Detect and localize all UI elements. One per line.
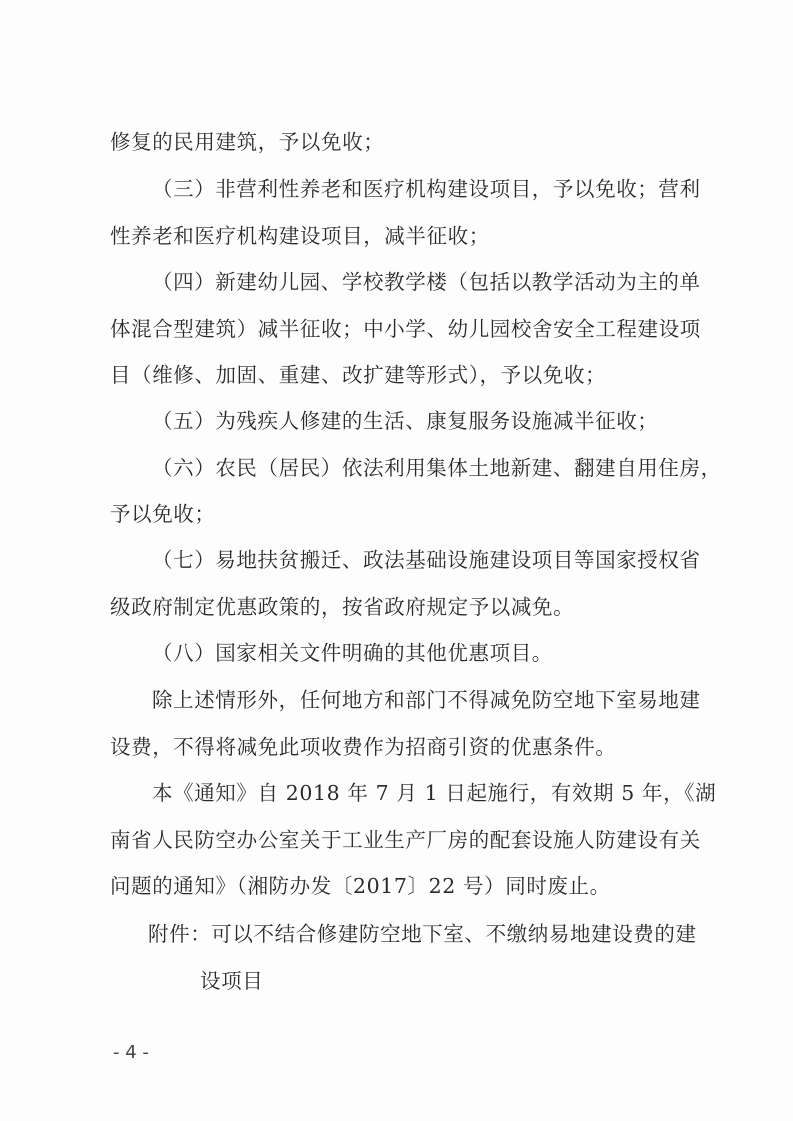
text-line: 予以免收；: [110, 502, 216, 526]
text-line: 级政府制定优惠政策的，按省政府规定予以减免。: [110, 595, 574, 619]
text-line: 性养老和医疗机构建设项目，减半征收；: [110, 224, 490, 248]
text-line: （五）为残疾人修建的生活、康复服务设施减半征收；: [152, 409, 658, 433]
text-line: 南省人民防空办公室关于工业生产厂房的配套设施人防建设有关: [110, 828, 701, 852]
text-line: 除上述情形外，任何地方和部门不得减免防空地下室易地建: [152, 688, 701, 712]
text-line: （六）农民（居民）依法利用集体土地新建、翻建自用住房，: [152, 456, 722, 480]
text-line: （八）国家相关文件明确的其他优惠项目。: [152, 641, 553, 665]
text-line: 设费，不得将减免此项收费作为招商引资的优惠条件。: [110, 735, 616, 759]
text-line: （四）新建幼儿园、学校教学楼（包括以教学活动为主的单: [152, 270, 701, 294]
text-line: （七）易地扶贫搬迁、政法基础设施建设项目等国家授权省: [152, 548, 701, 572]
text-line: 目（维修、加固、重建、改扩建等形式），予以免收；: [110, 363, 606, 387]
document-page: 修复的民用建筑，予以免收；（三）非营利性养老和医疗机构建设项目，予以免收；营利性…: [0, 0, 793, 1121]
text-line: 体混合型建筑）减半征收；中小学、幼儿园校舍安全工程建设项: [110, 317, 701, 341]
text-line: 修复的民用建筑，予以免收；: [110, 130, 384, 154]
text-line: 本《通知》自 2018 年 7 月 1 日起施行，有效期 5 年，《湖: [152, 781, 716, 805]
page-number: - 4 -: [113, 1042, 149, 1063]
text-line: 设项目: [200, 969, 263, 993]
text-line: 问题的通知》（湘防办发〔2017〕22 号）同时废止。: [110, 874, 611, 898]
text-line: 附件：可以不结合修建防空地下室、不缴纳易地建设费的建: [148, 922, 697, 946]
text-line: （三）非营利性养老和医疗机构建设项目，予以免收；营利: [152, 177, 701, 201]
